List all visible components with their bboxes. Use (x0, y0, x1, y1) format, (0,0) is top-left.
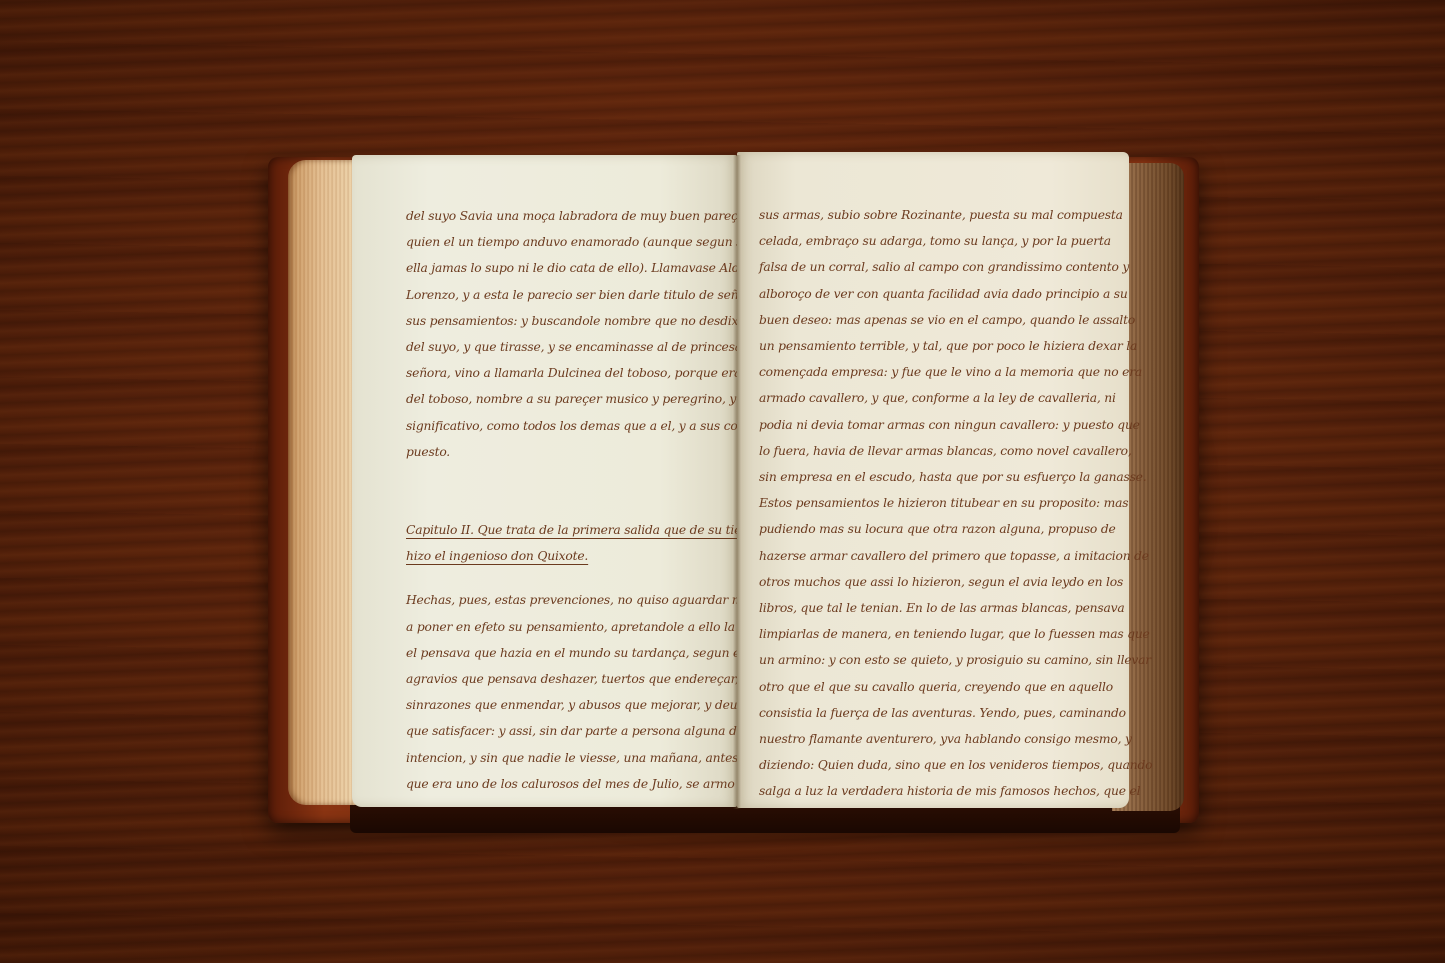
text-line: ella jamas lo supo ni le dio cata de ell… (406, 255, 715, 281)
text-line: salga a luz la verdadera historia de mis… (759, 778, 1099, 804)
text-line: a poner en efeto su pensamiento, apretan… (406, 614, 715, 640)
text-line: que era uno de los calurosos del mes de … (406, 771, 715, 797)
text-line: sinrazones que enmendar, y abusos que me… (406, 692, 715, 718)
text-line: que satisfacer: y assi, sin dar parte a … (406, 718, 715, 744)
text-line: otros muchos que assi lo hizieron, segun… (759, 569, 1099, 595)
text-line: quien el un tiempo anduvo enamorado (aun… (406, 229, 715, 255)
left-page: del suyo Savia una moça labradora de muy… (352, 155, 737, 807)
text-line: Lorenzo, y a esta le parecio ser bien da… (406, 282, 715, 308)
text-line: armado cavallero, y que, conforme a la l… (759, 385, 1099, 411)
text-line: limpiarlas de manera, en teniendo lugar,… (759, 621, 1099, 647)
text-line: el pensava que hazia en el mundo su tard… (406, 640, 715, 666)
text-line: Hechas, pues, estas prevenciones, no qui… (406, 587, 715, 613)
right-page: sus armas, subio sobre Rozinante, puesta… (737, 152, 1129, 808)
text-line: puesto. (406, 439, 715, 465)
text-line: libros, que tal le tenian. En lo de las … (759, 595, 1099, 621)
chapter-heading: Capitulo II. Que trata de la primera sal… (406, 517, 715, 569)
chapter-heading-line: hizo el ingenioso don Quixote. (406, 543, 715, 569)
text-line: agravios que pensava deshazer, tuertos q… (406, 666, 715, 692)
text-line: consistia la fuerça de las aventuras. Ye… (759, 700, 1099, 726)
text-line: significativo, como todos los demas que … (406, 413, 715, 439)
text-line: pudiendo mas su locura que otra razon al… (759, 516, 1099, 542)
text-line: alboroço de ver con quanta facilidad avi… (759, 281, 1099, 307)
text-line: Estos pensamientos le hizieron titubear … (759, 490, 1099, 516)
text-line: otro que el que su cavallo queria, creye… (759, 674, 1099, 700)
chapter-heading-line: Capitulo II. Que trata de la primera sal… (406, 517, 715, 543)
text-line: del toboso, nombre a su pareçer musico y… (406, 386, 715, 412)
left-page-text: del suyo Savia una moça labradora de muy… (406, 203, 715, 465)
text-line: podia ni devia tomar armas con ningun ca… (759, 412, 1099, 438)
text-line: señora, vino a llamarla Dulcinea del tob… (406, 360, 715, 386)
text-line: un pensamiento terrible, y tal, que por … (759, 333, 1099, 359)
text-line: falsa de un corral, salio al campo con g… (759, 254, 1099, 280)
book-gutter (733, 155, 741, 809)
text-line: sus armas, subio sobre Rozinante, puesta… (759, 202, 1099, 228)
cover-bottom-edge (350, 805, 1180, 833)
text-line: sus pensamientos: y buscandole nombre qu… (406, 308, 715, 334)
text-line: buen deseo: mas apenas se vio en el camp… (759, 307, 1099, 333)
text-line: celada, embraço su adarga, tomo su lança… (759, 228, 1099, 254)
chapter-paragraph: Hechas, pues, estas prevenciones, no qui… (406, 587, 715, 797)
text-line: del suyo Savia una moça labradora de muy… (406, 203, 715, 229)
text-line: començada empresa: y fue que le vino a l… (759, 359, 1099, 385)
text-line: nuestro flamante aventurero, yva habland… (759, 726, 1099, 752)
text-line: un armino: y con esto se quieto, y prosi… (759, 647, 1099, 673)
text-line: sin empresa en el escudo, hasta que por … (759, 464, 1099, 490)
text-line: lo fuera, havia de llevar armas blancas,… (759, 438, 1099, 464)
text-line: del suyo, y que tirasse, y se encaminass… (406, 334, 715, 360)
text-line: intencion, y sin que nadie le viesse, un… (406, 745, 715, 771)
text-line: hazerse armar cavallero del primero que … (759, 543, 1099, 569)
text-line: diziendo: Quien duda, sino que en los ve… (759, 752, 1099, 778)
